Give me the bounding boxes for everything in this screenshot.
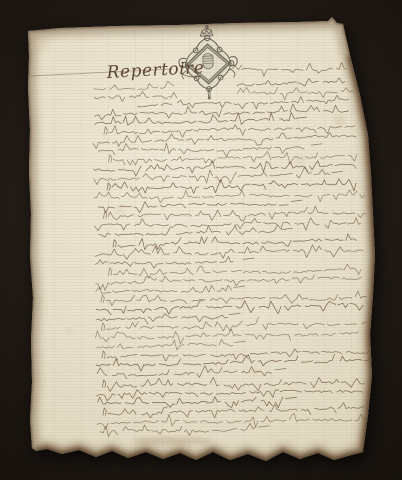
photo-background: Repertoire	[0, 0, 402, 480]
foxing-spot	[334, 114, 346, 126]
corner-shading	[32, 36, 48, 52]
manuscript-sheet: Repertoire	[0, 0, 402, 480]
manuscript-page: Repertoire	[0, 0, 402, 480]
ink-smudge-stain	[132, 437, 212, 445]
foxing-spot	[116, 206, 124, 214]
foxing-spot	[67, 327, 73, 333]
